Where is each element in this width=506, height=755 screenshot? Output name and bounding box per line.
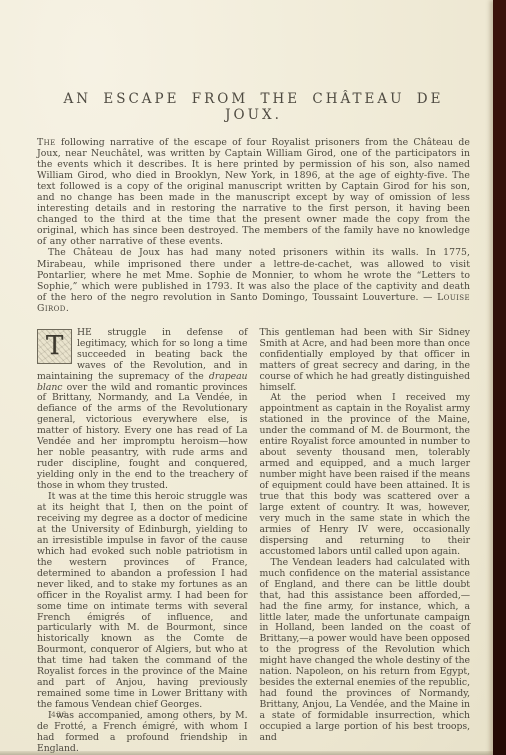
right-column: This gentleman had been with Sir Sidney … xyxy=(260,328,471,755)
editorial-note-paragraph-1: The following narrative of the escape of… xyxy=(37,137,470,247)
body-paragraph-4: This gentleman had been with Sir Sidney … xyxy=(260,328,471,394)
body-paragraph-1: T HE struggle in defense of legitimacy, … xyxy=(37,328,248,492)
article-title: AN ESCAPE FROM THE CHÂTEAU DE JOUX. xyxy=(37,91,470,123)
body-paragraph-2: It was at the time this heroic struggle … xyxy=(37,492,248,711)
scanned-page: AN ESCAPE FROM THE CHÂTEAU DE JOUX. The … xyxy=(0,0,506,755)
scan-edge-bottom xyxy=(0,751,506,755)
scan-edge-right xyxy=(493,0,506,755)
page-content: AN ESCAPE FROM THE CHÂTEAU DE JOUX. The … xyxy=(37,0,470,755)
body-paragraph-6: The Vendean leaders had calculated with … xyxy=(260,558,471,744)
left-column: T HE struggle in defense of legitimacy, … xyxy=(37,328,248,755)
editorial-note: The following narrative of the escape of… xyxy=(37,137,470,314)
drop-cap-initial: T xyxy=(37,329,72,364)
page-number: 436 xyxy=(51,710,67,719)
body-paragraph-5: At the period when I received my appoint… xyxy=(260,393,471,557)
drop-cap-letter: T xyxy=(46,333,63,359)
editorial-note-paragraph-2: The Château de Joux has had many noted p… xyxy=(37,247,470,313)
two-column-body: T HE struggle in defense of legitimacy, … xyxy=(37,328,470,755)
body-paragraph-3: I was accompanied, among others, by M. d… xyxy=(37,711,248,755)
